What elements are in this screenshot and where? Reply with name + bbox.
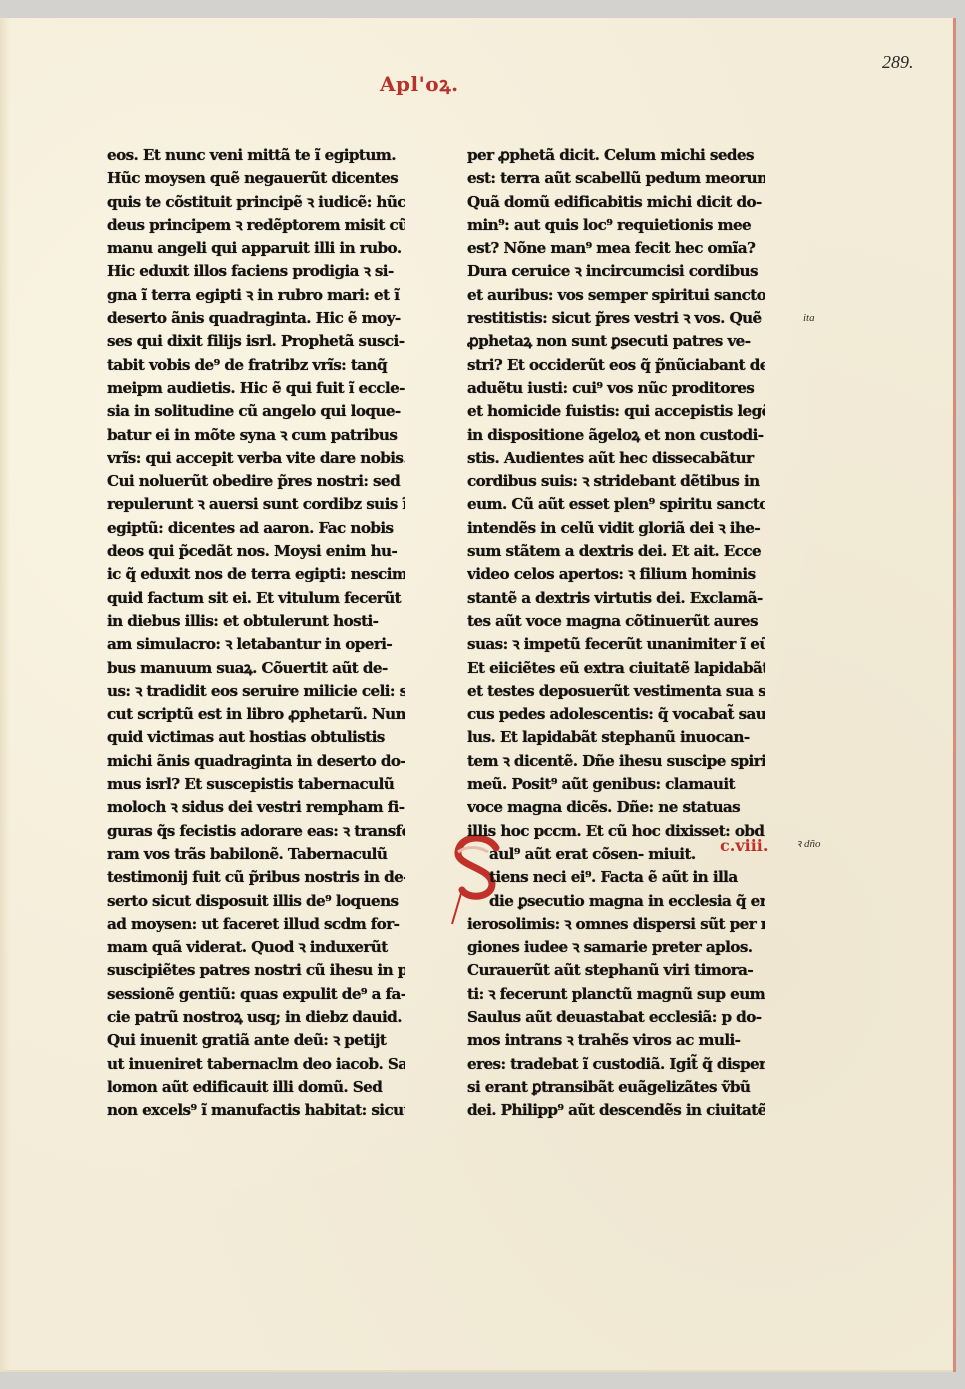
text-line: est? Nõne man⁹ mea fecit hec omĩa?	[467, 237, 765, 260]
text-line: eres: tradebat ĩ custodiã. Igit̃ q̃ disp…	[467, 1053, 765, 1076]
text-line: cut scriptũ est in libro ꝓphetarũ. Num-	[107, 703, 405, 726]
text-line: Quã domũ edificabitis michi dicit do-	[467, 191, 765, 214]
text-line: intendẽs in celũ vidit gloriã dei ꝛ ihe-	[467, 517, 765, 540]
text-line: tabit vobis de⁹ de fratribz vrĩs: tanq̃	[107, 354, 405, 377]
text-line: video celos apertos: ꝛ filium hominis	[467, 563, 765, 586]
text-line: tem ꝛ dicentẽ. Dñe ihesu suscipe spiritũ	[467, 750, 765, 773]
text-line: Curauerũt aũt stephanũ viri timora-	[467, 959, 765, 982]
running-head: Apl'oꝝ.	[380, 70, 459, 97]
text-line: in diebus illis: et obtulerunt hosti-	[107, 610, 405, 633]
chapter-marker: c.viii.	[720, 836, 768, 855]
text-line: tiens neci ei⁹. Facta ẽ aũt in illa	[467, 866, 765, 889]
text-line: Hic eduxit illos faciens prodigia ꝛ si-	[107, 260, 405, 283]
text-line: am simulacro: ꝛ letabantur in operi-	[107, 633, 405, 656]
text-line: die ꝑsecutio magna in ecclesia q̃ erat	[467, 890, 765, 913]
page-edge	[0, 18, 10, 1372]
text-line: ram vos trãs babilonẽ. Tabernaculũ	[107, 843, 405, 866]
text-line: cordibus suis: ꝛ stridebant dẽtibus in	[467, 470, 765, 493]
text-line: mus isrl? Et suscepistis tabernaculũ	[107, 773, 405, 796]
text-line: ti: ꝛ fecerunt planctũ magnũ sup eum.	[467, 983, 765, 1006]
text-line: Saulus aũt deuastabat ecclesiã: p do-	[467, 1006, 765, 1029]
text-line: restitistis: sicut p̃res vestri ꝛ vos. Q…	[467, 307, 765, 330]
text-line: moloch ꝛ sidus dei vestri rempham fi-	[107, 796, 405, 819]
text-line: sum stãtem a dextris dei. Et ait. Ecce	[467, 540, 765, 563]
text-line: quid factum sit ei. Et vitulum fecerũt	[107, 587, 405, 610]
text-line: gna ĩ terra egipti ꝛ in rubro mari: et ĩ	[107, 284, 405, 307]
text-line: lus. Et lapidabãt stephanũ inuocan-	[467, 726, 765, 749]
text-line: stis. Audientes aũt hec dissecabãtur	[467, 447, 765, 470]
text-line: ut inueniret tabernaclm deo iacob. Sa-	[107, 1053, 405, 1076]
text-line: ierosolimis: ꝛ omnes dispersi sũt per re…	[467, 913, 765, 936]
text-line: Cui noluerũt obedire p̃res nostri: sed	[107, 470, 405, 493]
text-line: stri? Et occiderũt eos q̃ p̃nũciabant de	[467, 354, 765, 377]
text-line: serto sicut disposuit illis de⁹ loquens	[107, 890, 405, 913]
text-line: michi ãnis quadraginta in deserto do-	[107, 750, 405, 773]
folio-number: 289.	[882, 52, 914, 73]
text-line: giones iudee ꝛ samarie preter aplos.	[467, 936, 765, 959]
text-line: guras q̃s fecistis adorare eas: ꝛ transf…	[107, 820, 405, 843]
text-line: deserto ãnis quadraginta. Hic ẽ moy-	[107, 307, 405, 330]
text-line: batur ei in mõte syna ꝛ cum patribus	[107, 424, 405, 447]
text-line: tes aũt voce magna cõtinuerũt aures	[467, 610, 765, 633]
text-line: Dura ceruice ꝛ incircumcisi cordibus	[467, 260, 765, 283]
text-line: eos. Et nunc veni mittã te ĩ egiptum.	[107, 144, 405, 167]
text-line: us: ꝛ tradidit eos seruire milicie celi:…	[107, 680, 405, 703]
text-line: ses qui dixit filijs isrl. Prophetã susc…	[107, 330, 405, 353]
text-line: deos qui p̃cedãt nos. Moysi enim hu-	[107, 540, 405, 563]
text-line: testimonij fuit cũ p̃ribus nostris in de…	[107, 866, 405, 889]
text-line: voce magna dicẽs. Dñe: ne statuas	[467, 796, 765, 819]
margin-note: ita	[803, 312, 815, 324]
text-line: Hũc moysen quẽ negauerũt dicentes	[107, 167, 405, 190]
text-line: in dispositione ãgeloꝝ et non custodi-	[467, 424, 765, 447]
text-line: dei. Philipp⁹ aũt descendẽs in ciuitatẽ	[467, 1099, 765, 1122]
text-line: min⁹: aut quis loc⁹ requietionis mee	[467, 214, 765, 237]
text-line: ic q̃ eduxit nos de terra egipti: nescim…	[107, 563, 405, 586]
text-line: eum. Cũ aũt esset plen⁹ spiritu sancto:	[467, 493, 765, 516]
text-line: Et eiiciẽtes eũ extra ciuitatẽ lapidabãt…	[467, 657, 765, 680]
text-line: per ꝓphetã dicit. Celum michi sedes	[467, 144, 765, 167]
text-column-left: eos. Et nunc veni mittã te ĩ egiptum.Hũc…	[107, 144, 405, 1122]
text-line: ad moysen: ut faceret illud scdm for-	[107, 913, 405, 936]
margin-note: ꝛ dño	[796, 836, 820, 851]
text-line: lomon aũt edificauit illi domũ. Sed	[107, 1076, 405, 1099]
text-line: deus principem ꝛ redẽptorem misit cũ	[107, 214, 405, 237]
text-line: repulerunt ꝛ auersi sunt cordibz suis ĩ	[107, 493, 405, 516]
text-line: cie patrũ nostroꝝ usq; in diebz dauid.	[107, 1006, 405, 1029]
text-line: et auribus: vos semper spiritui sancto	[467, 284, 765, 307]
text-line: mam quã viderat. Quod ꝛ induxerũt	[107, 936, 405, 959]
text-line: non excels⁹ ĩ manufactis habitat: sicut	[107, 1099, 405, 1122]
text-line: manu angeli qui apparuit illi in rubo.	[107, 237, 405, 260]
text-line: mos intrans ꝛ trahẽs viros ac muli-	[467, 1029, 765, 1052]
text-line: egiptũ: dicentes ad aaron. Fac nobis	[107, 517, 405, 540]
text-line: suscipiẽtes patres nostri cũ ihesu in po…	[107, 959, 405, 982]
text-line: quis te cõstituit principẽ ꝛ iudicẽ: hũc	[107, 191, 405, 214]
text-line: sessionẽ gentiũ: quas expulit de⁹ a fa-	[107, 983, 405, 1006]
text-column-right: per ꝓphetã dicit. Celum michi sedesest: …	[467, 144, 765, 1122]
text-line: suas: ꝛ impetũ fecerũt unanimiter ĩ eũ.	[467, 633, 765, 656]
text-line: stantẽ a dextris virtutis dei. Exclamã-	[467, 587, 765, 610]
text-line: meipm audietis. Hic ẽ qui fuit ĩ eccle-	[107, 377, 405, 400]
text-line: meũ. Posit⁹ aũt genibus: clamauit	[467, 773, 765, 796]
text-line: aduẽtu iusti: cui⁹ vos nũc proditores	[467, 377, 765, 400]
text-line: bus manuum suaꝝ. Cõuertit aũt de-	[107, 657, 405, 680]
text-line: vrĩs: qui accepit verba vite dare nobis.	[107, 447, 405, 470]
text-line: quid victimas aut hostias obtulistis	[107, 726, 405, 749]
text-line: cus pedes adolescentis: q̃ vocabat̃ sau-	[467, 703, 765, 726]
text-line: ꝓphetaꝝ non sunt ꝑsecuti patres ve-	[467, 330, 765, 353]
text-line: si erant ꝑtransibãt euãgelizãtes ṽbũ	[467, 1076, 765, 1099]
text-line: sia in solitudine cũ angelo qui loque-	[107, 400, 405, 423]
text-line: et testes deposuerũt vestimenta sua se-	[467, 680, 765, 703]
text-line: Qui inuenit gratiã ante deũ: ꝛ petijt	[107, 1029, 405, 1052]
text-line: et homicide fuistis: qui accepistis legẽ	[467, 400, 765, 423]
text-line: est: terra aũt scabellũ pedum meorum.	[467, 167, 765, 190]
